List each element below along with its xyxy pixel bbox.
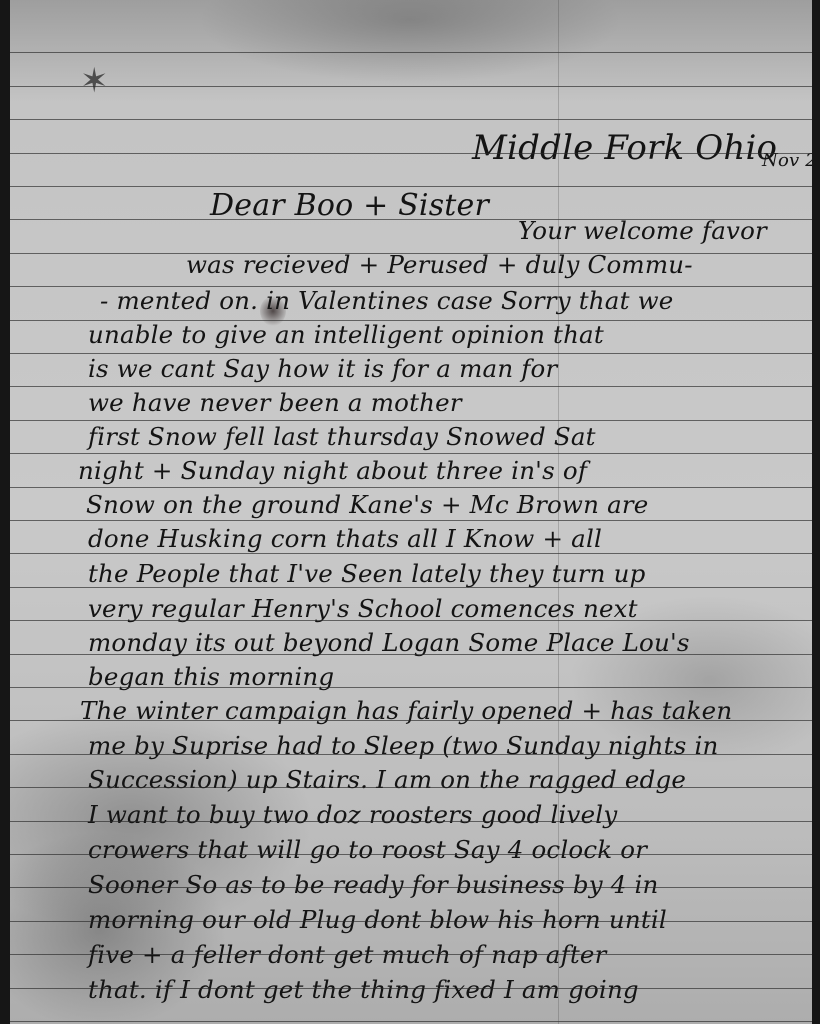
lined-paper: ✶ Middle Fork Ohio Nov 27 Dear Boo + Sis… [10, 0, 812, 1024]
ruled-line [10, 1021, 812, 1022]
letter-line: Sooner So as to be ready for business by… [88, 870, 659, 899]
letter-line: Snow on the ground Kane's + Mc Brown are [86, 490, 649, 519]
ruled-line [10, 988, 812, 989]
letter-line: Succession) up Stairs. I am on the ragge… [88, 765, 686, 794]
ruled-line [10, 253, 812, 254]
letter-line: night + Sunday night about three in's of [78, 456, 587, 485]
letter-line: monday its out beyond Logan Some Place L… [88, 628, 690, 657]
letter-line: Your welcome favor [518, 216, 767, 245]
letter-line: that. if I dont get the thing fixed I am… [88, 975, 639, 1004]
ruled-line [10, 453, 812, 454]
ruled-line [10, 153, 812, 154]
ruled-line [10, 921, 812, 922]
letter-line: the People that I've Seen lately they tu… [88, 559, 645, 588]
ruled-line [10, 821, 812, 822]
letter-line: is we cant Say how it is for a man for [88, 354, 557, 383]
letter-line: done Husking corn thats all I Know + all [88, 524, 602, 553]
ruled-line [10, 587, 812, 588]
letter-line: I want to buy two doz roosters good live… [88, 800, 617, 829]
letter-line: crowers that will go to roost Say 4 oclo… [88, 835, 647, 864]
star-icon: ✶ [80, 64, 109, 98]
ruled-line [10, 620, 812, 621]
ruled-line [10, 520, 812, 521]
letter-line: me by Suprise had to Sleep (two Sunday n… [88, 731, 719, 760]
letter-line: first Snow fell last thursday Snowed Sat [88, 422, 596, 451]
ruled-line [10, 286, 812, 287]
letter-line: morning our old Plug dont blow his horn … [88, 905, 667, 934]
ruled-line [10, 52, 812, 53]
paper-fold [558, 0, 559, 1024]
letter-line: was recieved + Perused + duly Commu- [186, 250, 693, 279]
ruled-line [10, 86, 812, 87]
letter-line: we have never been a mother [88, 388, 462, 417]
ruled-line [10, 887, 812, 888]
scanned-page: ✶ Middle Fork Ohio Nov 27 Dear Boo + Sis… [0, 0, 820, 1024]
letter-line: - mented on. in Valentines case Sorry th… [100, 286, 674, 315]
letter-line: unable to give an intelligent opinion th… [88, 320, 604, 349]
ruled-line [10, 854, 812, 855]
ruled-line [10, 720, 812, 721]
ruled-line [10, 754, 812, 755]
ruled-line [10, 186, 812, 187]
ruled-line [10, 353, 812, 354]
ruled-line [10, 687, 812, 688]
ruled-line [10, 553, 812, 554]
ruled-line [10, 487, 812, 488]
ruled-line [10, 654, 812, 655]
ruled-line [10, 787, 812, 788]
ruled-line [10, 219, 812, 220]
letter-salutation: Dear Boo + Sister [210, 188, 489, 223]
ruled-line [10, 420, 812, 421]
ruled-line [10, 119, 812, 120]
ruled-line [10, 386, 812, 387]
letter-line: very regular Henry's School comences nex… [88, 594, 638, 623]
ruled-line [10, 954, 812, 955]
ruled-line [10, 320, 812, 321]
letter-place: Middle Fork Ohio [472, 128, 777, 168]
